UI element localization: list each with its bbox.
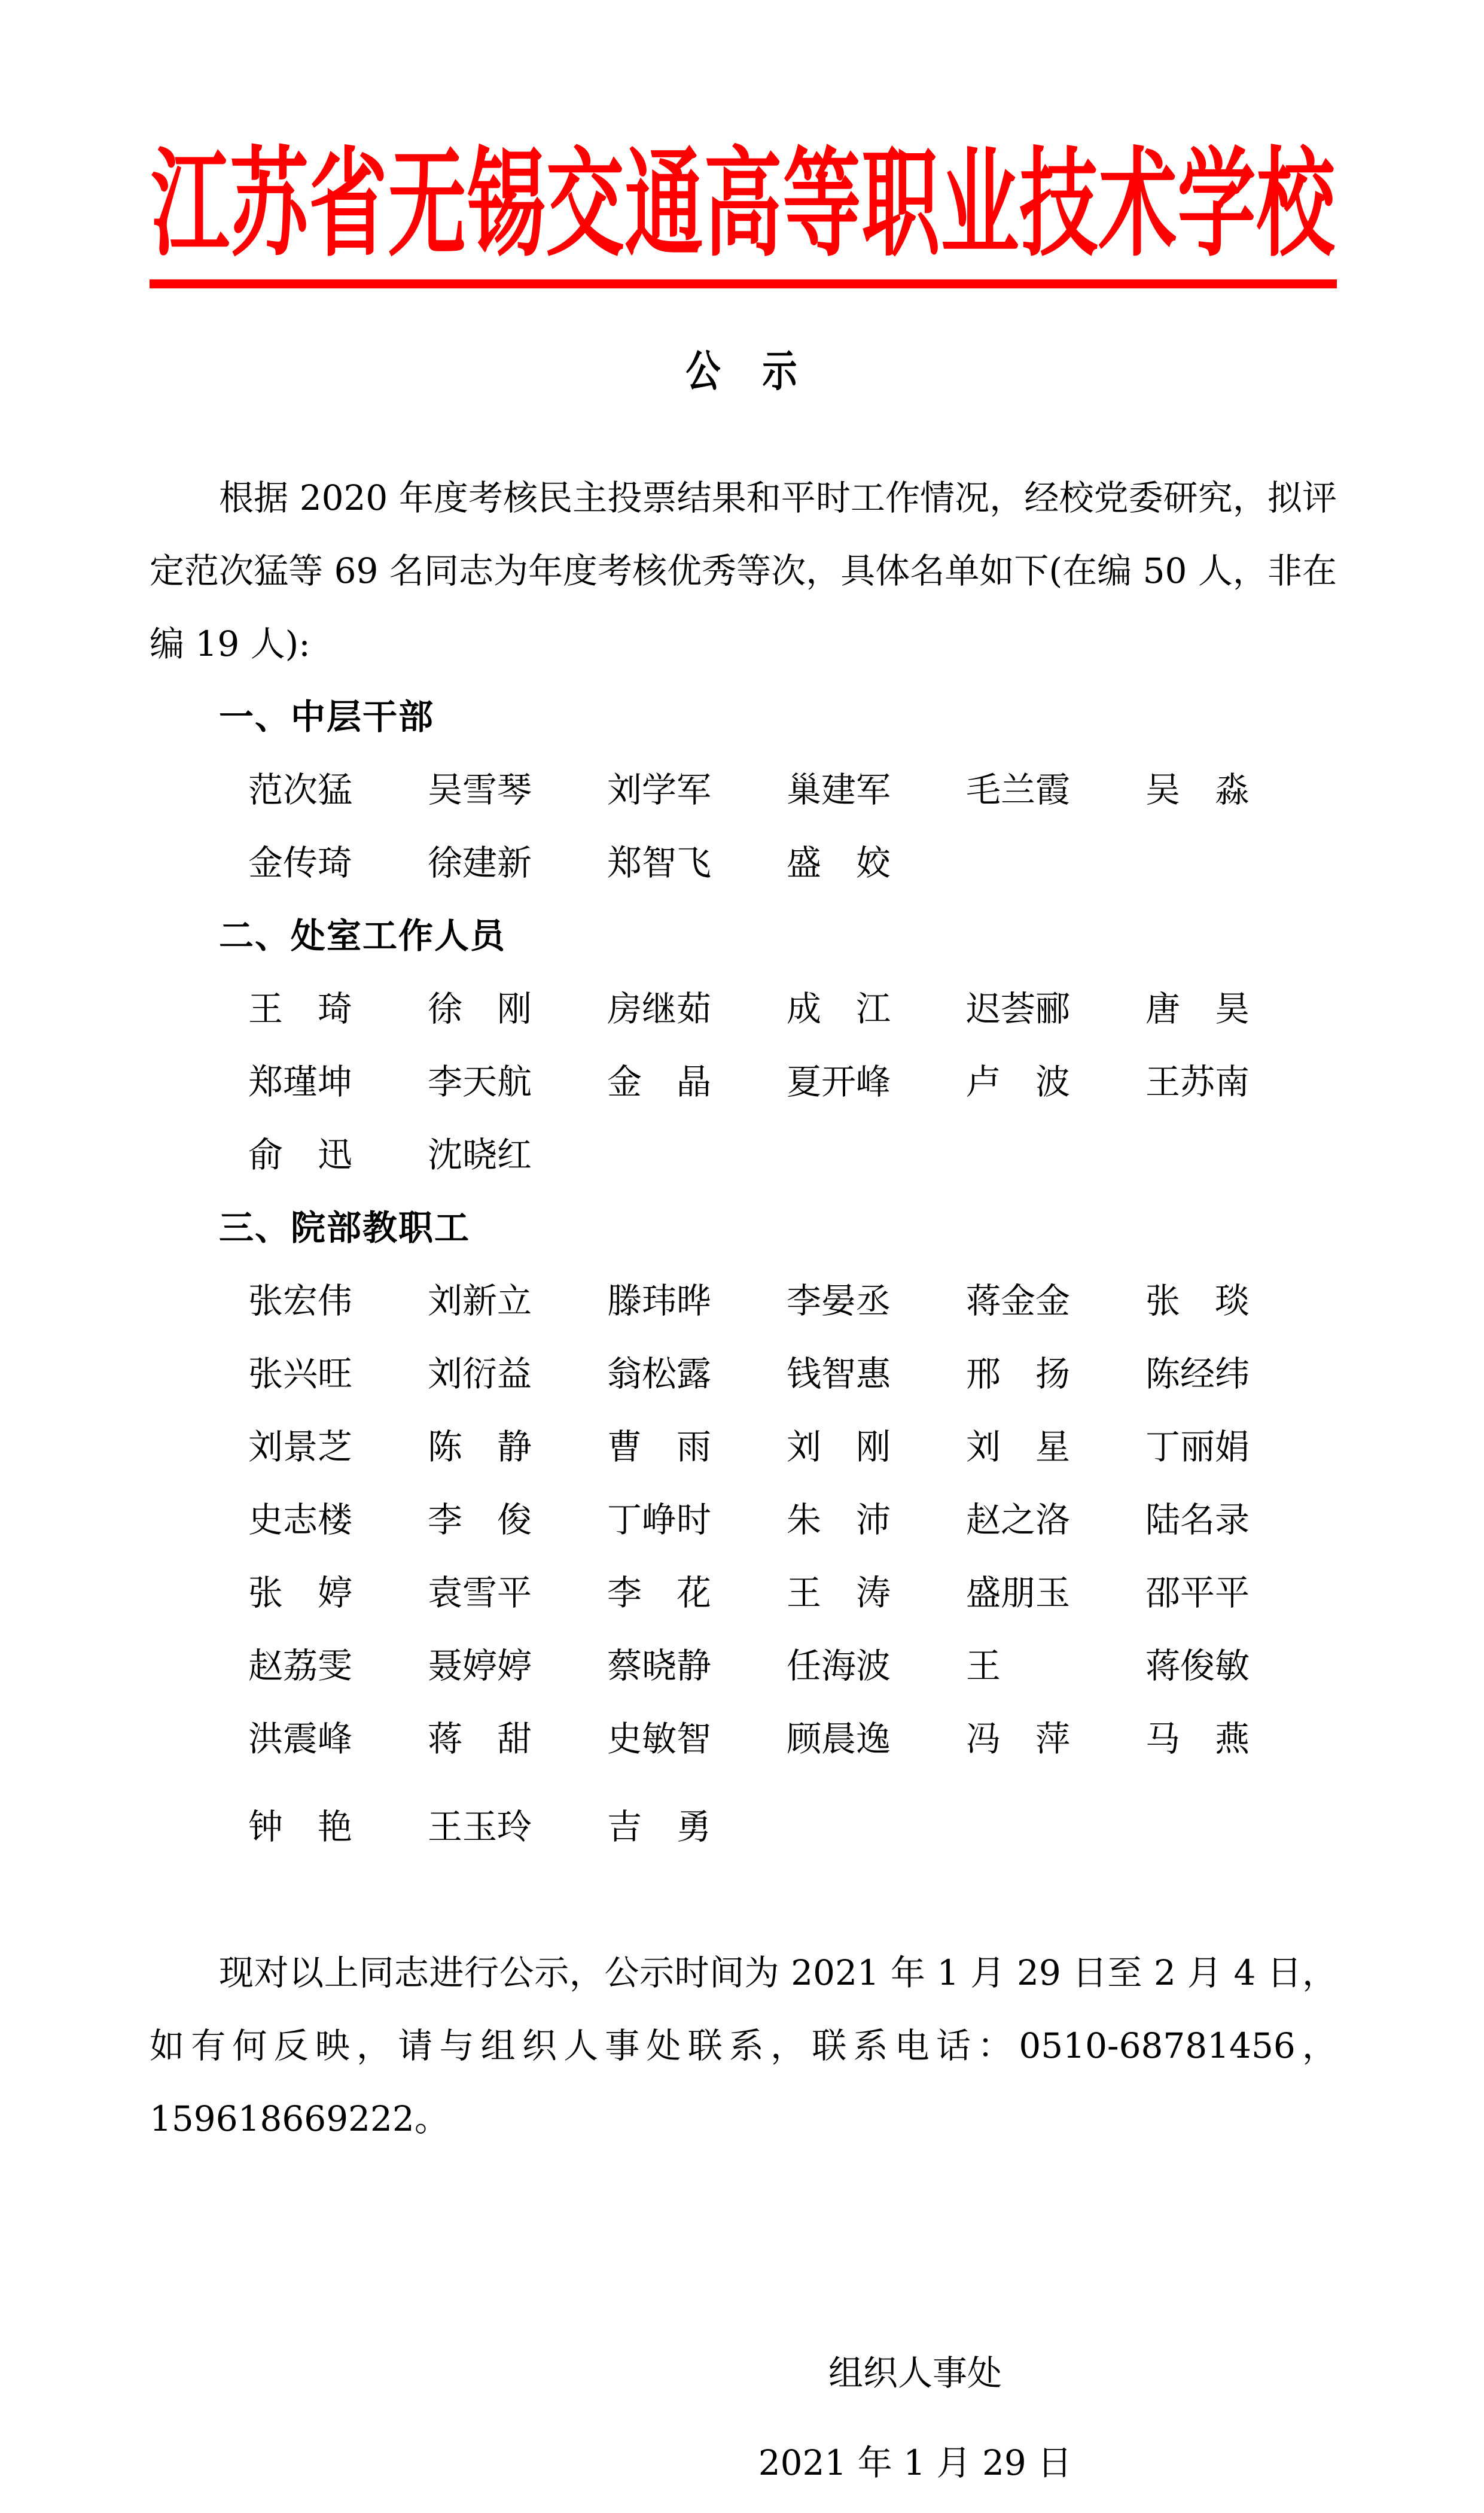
name-cell: 成 江 xyxy=(787,972,906,1045)
name-cell: 迟荟郦 xyxy=(966,972,1086,1045)
name-cell: 李 俊 xyxy=(428,1483,547,1556)
name-cell: 丁峥时 xyxy=(607,1483,727,1556)
name-cell: 王玉玲 xyxy=(428,1790,547,1863)
name-row: 刘景芝陈 静曹 雨刘 刚刘 星丁丽娟 xyxy=(150,1410,1337,1483)
name-cell: 朱 沛 xyxy=(787,1483,906,1556)
name-cell: 唐 昊 xyxy=(1145,972,1265,1045)
name-cell: 冯 萍 xyxy=(966,1702,1086,1775)
name-cell: 蔡晓静 xyxy=(607,1629,727,1702)
name-cell: 盛朋玉 xyxy=(966,1556,1086,1629)
name-cell: 陈经纬 xyxy=(1145,1337,1265,1410)
document-content: 江苏省无锡交通高等职业技术学校 公 示 根据 2020 年度考核民主投票结果和平… xyxy=(150,0,1337,2155)
name-cell: 李天航 xyxy=(428,1045,547,1118)
name-cell: 刘景芝 xyxy=(248,1410,368,1483)
name-cell: 刘衍益 xyxy=(428,1337,547,1410)
name-cell: 丁丽娟 xyxy=(1145,1410,1265,1483)
name-row: 郑瑾坤李天航金 晶夏开峰卢 波王苏南 xyxy=(150,1045,1337,1118)
name-cell: 金 晶 xyxy=(607,1045,727,1118)
red-divider-rule xyxy=(150,279,1337,288)
section-1-heading: 一、中层干部 xyxy=(150,680,1337,753)
name-row: 金传琦徐建新郑智飞盛 姣 xyxy=(150,826,1337,899)
name-cell: 张宏伟 xyxy=(248,1264,368,1337)
name-cell: 顾晨逸 xyxy=(787,1702,906,1775)
name-cell: 张 婷 xyxy=(248,1556,368,1629)
name-cell: 钱智惠 xyxy=(787,1337,906,1410)
name-cell: 蒋 甜 xyxy=(428,1702,547,1775)
name-cell: 卢 波 xyxy=(966,1045,1086,1118)
name-cell: 金传琦 xyxy=(248,826,368,899)
name-cell: 马 燕 xyxy=(1145,1702,1265,1775)
name-cell: 王 涛 xyxy=(787,1556,906,1629)
signature-department: 组织人事处 xyxy=(736,2336,1095,2409)
name-cell: 史敏智 xyxy=(607,1702,727,1775)
name-cell: 蒋俊敏 xyxy=(1145,1629,1265,1702)
notice-document-page: 江苏省无锡交通高等职业技术学校 公 示 根据 2020 年度考核民主投票结果和平… xyxy=(0,0,1484,2513)
name-cell: 刘新立 xyxy=(428,1264,547,1337)
name-cell: 夏开峰 xyxy=(787,1045,906,1118)
document-title: 公 示 xyxy=(150,325,1337,417)
name-cell: 邢 扬 xyxy=(966,1337,1086,1410)
name-cell: 范次猛 xyxy=(248,753,368,826)
name-row: 史志楼李 俊丁峥时朱 沛赵之洛陆名录 xyxy=(150,1483,1337,1556)
name-row: 俞 迅沈晓红 xyxy=(150,1118,1337,1191)
name-cell: 刘 星 xyxy=(966,1410,1086,1483)
intro-paragraph: 根据 2020 年度考核民主投票结果和平时工作情况，经校党委研究，拟评定范次猛等… xyxy=(150,461,1337,680)
name-cell: 赵荔雯 xyxy=(248,1629,368,1702)
name-cell: 钟 艳 xyxy=(248,1790,368,1863)
name-cell: 赵之洛 xyxy=(966,1483,1086,1556)
section-faculty-staff: 三、院部教职工 张宏伟刘新立滕玮晔李晏丞蒋金金张 琰张兴旺刘衍益翁松露钱智惠邢 … xyxy=(150,1191,1337,1863)
name-cell: 蒋金金 xyxy=(966,1264,1086,1337)
name-cell: 陆名录 xyxy=(1145,1483,1265,1556)
name-row: 张宏伟刘新立滕玮晔李晏丞蒋金金张 琰 xyxy=(150,1264,1337,1337)
section-middle-level-cadres: 一、中层干部 范次猛吴雪琴刘学军巢建军毛兰霞吴 淼金传琦徐建新郑智飞盛 姣 xyxy=(150,680,1337,899)
name-row: 洪震峰蒋 甜史敏智顾晨逸冯 萍马 燕 xyxy=(150,1702,1337,1775)
name-cell: 李 花 xyxy=(607,1556,727,1629)
name-cell: 刘 刚 xyxy=(787,1410,906,1483)
section-office-staff: 二、处室工作人员 王 琦徐 刚房继茹成 江迟荟郦唐 昊郑瑾坤李天航金 晶夏开峰卢… xyxy=(150,899,1337,1191)
name-cell: 聂婷婷 xyxy=(428,1629,547,1702)
name-cell: 史志楼 xyxy=(248,1483,368,1556)
name-cell: 俞 迅 xyxy=(248,1118,368,1191)
signature-block: 组织人事处 2021 年 1 月 29 日 xyxy=(736,2336,1095,2499)
name-cell: 郑智飞 xyxy=(607,826,727,899)
name-cell: 王 xyxy=(966,1629,1086,1702)
name-row: 张兴旺刘衍益翁松露钱智惠邢 扬陈经纬 xyxy=(150,1337,1337,1410)
name-cell: 郑瑾坤 xyxy=(248,1045,368,1118)
name-row: 王 琦徐 刚房继茹成 江迟荟郦唐 昊 xyxy=(150,972,1337,1045)
name-cell: 李晏丞 xyxy=(787,1264,906,1337)
section-1-name-list: 范次猛吴雪琴刘学军巢建军毛兰霞吴 淼金传琦徐建新郑智飞盛 姣 xyxy=(150,753,1337,899)
closing-paragraph: 现对以上同志进行公示，公示时间为 2021 年 1 月 29 日至 2 月 4 … xyxy=(150,1936,1337,2155)
signature-date: 2021 年 1 月 29 日 xyxy=(736,2426,1095,2499)
name-cell: 吉 勇 xyxy=(607,1790,727,1863)
name-cell: 吴 淼 xyxy=(1145,753,1265,826)
name-cell: 任海波 xyxy=(787,1629,906,1702)
name-cell: 吴雪琴 xyxy=(428,753,547,826)
name-cell: 王苏南 xyxy=(1145,1045,1265,1118)
school-name-masthead: 江苏省无锡交通高等职业技术学校 xyxy=(150,141,1337,266)
name-cell: 房继茹 xyxy=(607,972,727,1045)
name-cell: 徐 刚 xyxy=(428,972,547,1045)
name-cell: 翁松露 xyxy=(607,1337,727,1410)
section-3-name-list: 张宏伟刘新立滕玮晔李晏丞蒋金金张 琰张兴旺刘衍益翁松露钱智惠邢 扬陈经纬刘景芝陈… xyxy=(150,1264,1337,1863)
name-cell: 邵平平 xyxy=(1145,1556,1265,1629)
name-cell: 张 琰 xyxy=(1145,1264,1265,1337)
name-cell: 王 琦 xyxy=(248,972,368,1045)
name-cell: 徐建新 xyxy=(428,826,547,899)
name-row: 赵荔雯聂婷婷蔡晓静任海波王蒋俊敏 xyxy=(150,1629,1337,1702)
name-cell: 张兴旺 xyxy=(248,1337,368,1410)
name-cell: 陈 静 xyxy=(428,1410,547,1483)
name-row: 张 婷袁雪平李 花王 涛盛朋玉邵平平 xyxy=(150,1556,1337,1629)
section-2-name-list: 王 琦徐 刚房继茹成 江迟荟郦唐 昊郑瑾坤李天航金 晶夏开峰卢 波王苏南俞 迅沈… xyxy=(150,972,1337,1191)
name-cell: 曹 雨 xyxy=(607,1410,727,1483)
name-cell: 刘学军 xyxy=(607,753,727,826)
name-cell: 沈晓红 xyxy=(428,1118,547,1191)
name-cell: 巢建军 xyxy=(787,753,906,826)
section-3-heading: 三、院部教职工 xyxy=(150,1191,1337,1264)
name-cell: 袁雪平 xyxy=(428,1556,547,1629)
name-cell: 滕玮晔 xyxy=(607,1264,727,1337)
name-row: 范次猛吴雪琴刘学军巢建军毛兰霞吴 淼 xyxy=(150,753,1337,826)
name-cell: 毛兰霞 xyxy=(966,753,1086,826)
name-row: 钟 艳王玉玲吉 勇 xyxy=(150,1790,1337,1863)
name-cell: 盛 姣 xyxy=(787,826,906,899)
section-2-heading: 二、处室工作人员 xyxy=(150,899,1337,972)
name-cell: 洪震峰 xyxy=(248,1702,368,1775)
